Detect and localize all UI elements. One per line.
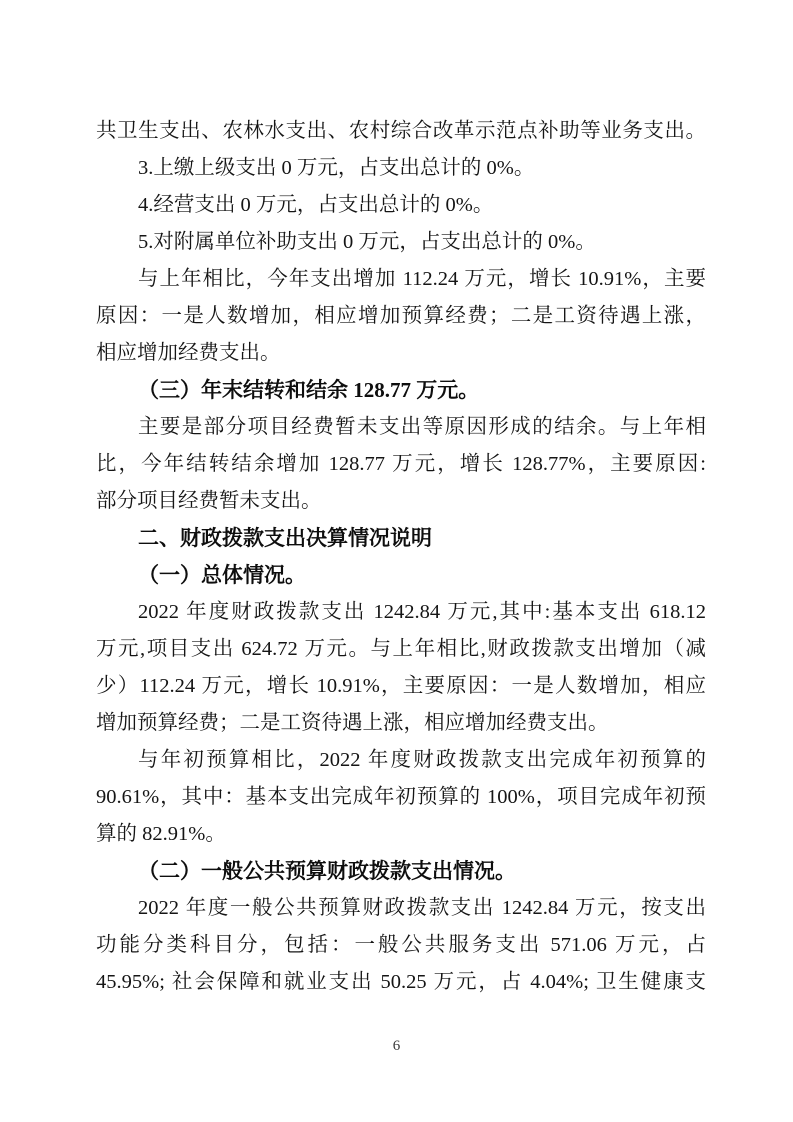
text-line: 与上年相比，今年支出增加 112.24 万元，增长 10.91%，主要 (96, 261, 706, 298)
text-line: 万元,项目支出 624.72 万元。与上年相比,财政拨款支出增加（减 (96, 631, 706, 668)
text-line: 原因：一是人数增加，相应增加预算经费；二是工资待遇上涨， (96, 298, 706, 335)
text-line: 45.95%; 社会保障和就业支出 50.25 万元，占 4.04%; 卫生健康… (96, 964, 706, 1001)
document-body: 共卫生支出、农林水支出、农村综合改革示范点补助等业务支出。3.上缴上级支出 0 … (96, 113, 706, 1001)
section-heading: （二）一般公共预算财政拨款支出情况。 (96, 853, 706, 890)
document-page: 共卫生支出、农林水支出、农村综合改革示范点补助等业务支出。3.上缴上级支出 0 … (0, 0, 793, 1122)
text-line: 比，今年结转结余增加 128.77 万元，增长 128.77%，主要原因: (96, 446, 706, 483)
text-line: 算的 82.91%。 (96, 816, 706, 853)
text-line: 部分项目经费暂未支出。 (96, 483, 706, 520)
text-line: 2022 年度一般公共预算财政拨款支出 1242.84 万元，按支出 (96, 890, 706, 927)
text-line: 主要是部分项目经费暂未支出等原因形成的结余。与上年相 (96, 409, 706, 446)
text-line: 增加预算经费；二是工资待遇上涨，相应增加经费支出。 (96, 705, 706, 742)
section-heading: 二、财政拨款支出决算情况说明 (96, 520, 706, 557)
text-line: 少）112.24 万元，增长 10.91%，主要原因：一是人数增加，相应 (96, 668, 706, 705)
text-line: 90.61%，其中：基本支出完成年初预算的 100%，项目完成年初预 (96, 779, 706, 816)
text-line: 5.对附属单位补助支出 0 万元，占支出总计的 0%。 (96, 224, 706, 261)
section-heading: （一）总体情况。 (96, 557, 706, 594)
text-line: 与年初预算相比，2022 年度财政拨款支出完成年初预算的 (96, 742, 706, 779)
text-line: 4.经营支出 0 万元，占支出总计的 0%。 (96, 187, 706, 224)
text-line: 相应增加经费支出。 (96, 335, 706, 372)
page-number: 6 (0, 1036, 793, 1056)
text-line: 共卫生支出、农林水支出、农村综合改革示范点补助等业务支出。 (96, 113, 706, 150)
section-heading: （三）年末结转和结余 128.77 万元。 (96, 372, 706, 409)
text-line: 功能分类科目分，包括：一般公共服务支出 571.06 万元，占 (96, 927, 706, 964)
text-line: 3.上缴上级支出 0 万元，占支出总计的 0%。 (96, 150, 706, 187)
text-line: 2022 年度财政拨款支出 1242.84 万元,其中:基本支出 618.12 (96, 594, 706, 631)
